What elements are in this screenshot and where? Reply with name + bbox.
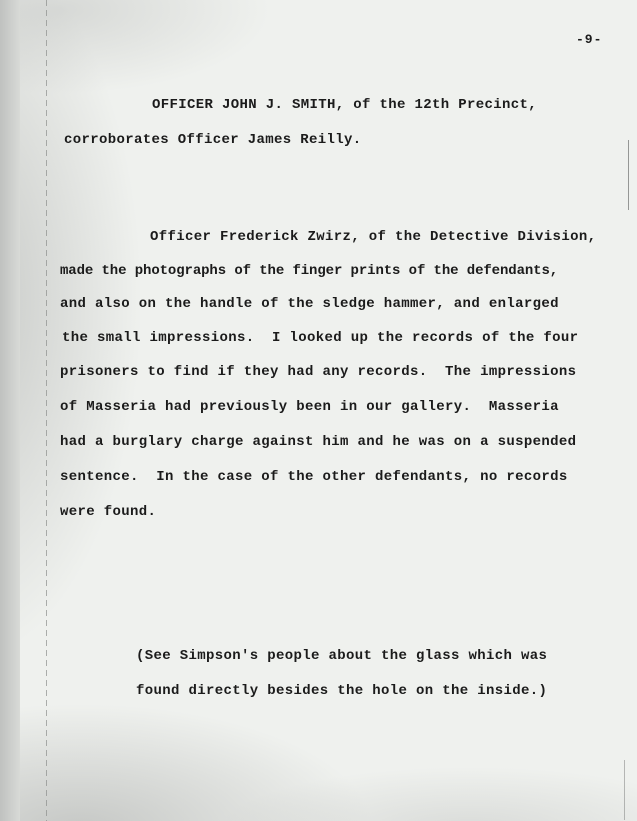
text-line: corroborates Officer James Reilly. bbox=[64, 132, 362, 148]
text-line: prisoners to find if they had any record… bbox=[60, 364, 576, 380]
text-line: found directly besides the hole on the i… bbox=[136, 683, 547, 699]
text-line: OFFICER JOHN J. SMITH, of the 12th Preci… bbox=[152, 97, 537, 113]
scan-edge-mark bbox=[628, 140, 629, 210]
text-line: (See Simpson's people about the glass wh… bbox=[136, 648, 547, 664]
scan-shadow-left bbox=[0, 0, 20, 821]
text-line: Officer Frederick Zwirz, of the Detectiv… bbox=[150, 229, 596, 245]
text-line: had a burglary charge against him and he… bbox=[60, 434, 576, 450]
text-line: were found. bbox=[60, 504, 156, 520]
text-line: the small impressions. I looked up the r… bbox=[62, 330, 578, 346]
text-line: and also on the handle of the sledge ham… bbox=[60, 296, 559, 312]
document-page: -9- OFFICER JOHN J. SMITH, of the 12th P… bbox=[0, 0, 637, 821]
text-line: of Masseria had previously been in our g… bbox=[60, 399, 559, 415]
scan-edge-mark bbox=[624, 760, 625, 820]
page-number: -9- bbox=[576, 32, 602, 47]
text-line: sentence. In the case of the other defen… bbox=[60, 469, 568, 485]
fold-line bbox=[46, 0, 47, 821]
text-line: made the photographs of the finger print… bbox=[60, 263, 558, 279]
